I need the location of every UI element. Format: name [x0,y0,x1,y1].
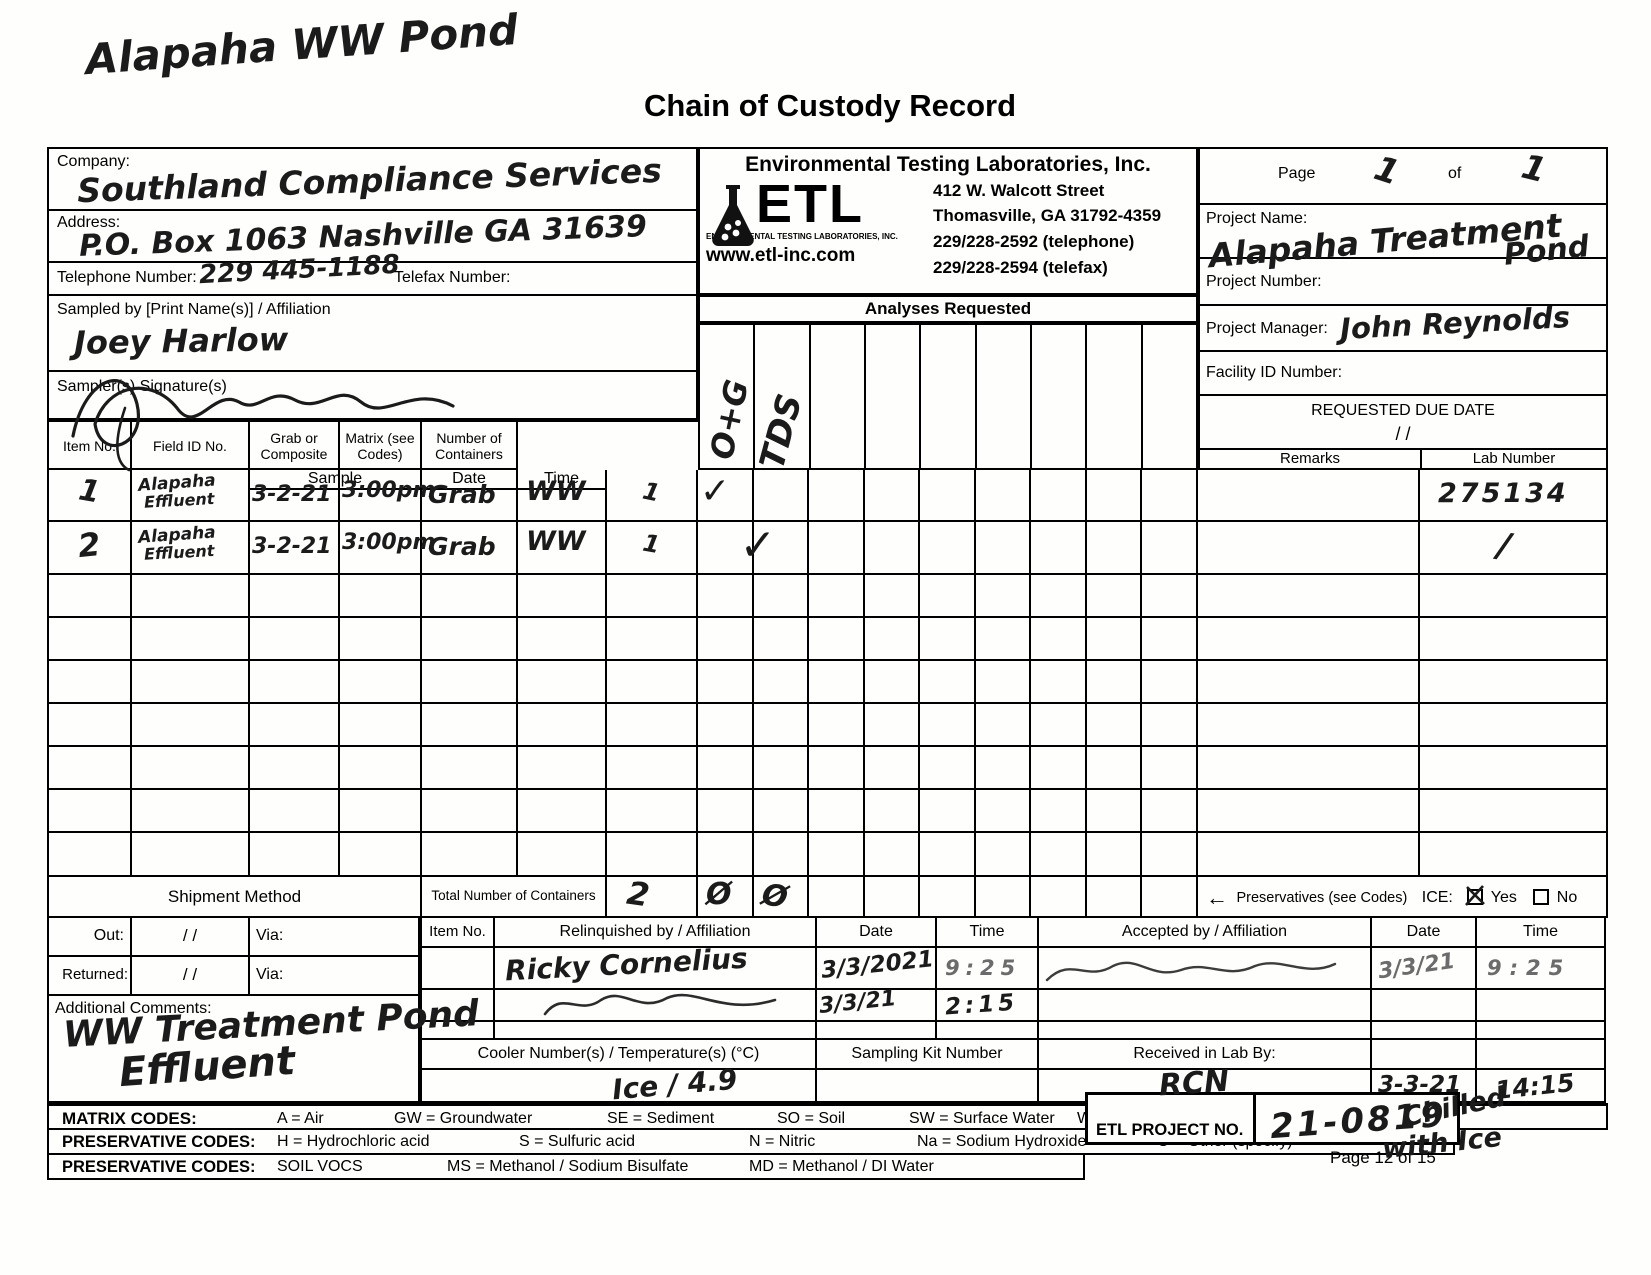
empty-cell [49,833,132,877]
empty-cell [340,790,422,833]
receiving-date-header-cell [1372,1040,1477,1070]
custody-empty-row [420,1022,1608,1040]
empty-cell [754,704,810,747]
empty-cell [1087,790,1143,833]
empty-cell [132,747,250,790]
lab-number-cell: / [1420,522,1608,575]
preservatives-cell: ← Preservatives (see Codes) ICE: Yes No [1198,877,1608,918]
preservative-code-item: N = Nitric [749,1133,815,1151]
empty-cell [250,618,340,661]
empty-cell [1087,704,1143,747]
analysis-cell [809,522,865,575]
cooler-value-cell: Ice / 4.9 [422,1070,817,1103]
telephone-label: Telephone Number: [57,269,197,287]
matrix-cell: WW [518,470,607,522]
custody-date-cell: 3/3/21 [817,990,937,1022]
empty-cell [518,575,607,618]
date-cell: 3-2-21 [250,522,340,575]
empty-cell [250,833,340,877]
facility-id-label: Facility ID Number: [1206,364,1342,382]
empty-cell [132,618,250,661]
empty-cell [132,661,250,704]
preservative-code-item: S = Sulfuric acid [519,1133,635,1151]
empty-cell [1420,747,1608,790]
empty-cell [865,575,921,618]
empty-cell [976,704,1032,747]
empty-cell [1087,833,1143,877]
empty-cell [698,704,754,747]
tds-total-cell: Ø [754,877,810,918]
analysis-total-cell [1142,877,1198,918]
preservative-code-item: Na = Sodium Hydroxide [917,1133,1086,1151]
shipment-method-label: Shipment Method [49,877,422,918]
relinquished-cell [495,990,817,1022]
empty-cell [422,790,518,833]
empty-cell [976,661,1032,704]
empty-cell [1420,661,1608,704]
empty-cell [698,661,754,704]
project-manager-row: Project Manager: John Reynolds [1200,306,1606,352]
custody-row-2: 3/3/21 2:15 [420,990,1608,1022]
empty-cell [49,661,132,704]
relinquished-header: Relinquished by / Affiliation [495,918,817,948]
accepted-signature-scribble [1039,950,1349,990]
remarks-header: Remarks [1200,450,1422,470]
empty-cell [1198,618,1420,661]
grab-cell: Grab [422,470,518,522]
page-value: 1 [1369,148,1404,193]
empty-cell [250,661,340,704]
page-label: Page [1278,165,1315,183]
lab-number-header: Lab Number [1422,450,1606,470]
empty-cell [698,747,754,790]
empty-sample-row [47,747,1608,790]
item-no-header: Item No. [49,422,132,470]
out-date-cell: / / [132,918,250,955]
empty-cell [1031,790,1087,833]
empty-cell [976,747,1032,790]
custody-date2-header: Date [1372,918,1477,948]
empty-cell [607,661,698,704]
grab-cell: Grab [422,522,518,575]
empty-cell [920,704,976,747]
preservative-code-item: MD = Methanol / DI Water [749,1158,934,1176]
date-cell: 3-2-21 [250,470,340,522]
empty-cell [607,704,698,747]
empty-cell [518,790,607,833]
due-date-value: / / [1200,420,1606,445]
custody-header-row: Item No. Relinquished by / Affiliation D… [420,918,1608,948]
empty-cell [250,790,340,833]
empty-cell [976,790,1032,833]
project-manager-label: Project Manager: [1206,320,1328,338]
handwritten-pond-note: Alapaha WW Pond [84,5,520,84]
custody-item-cell [422,948,495,990]
empty-cell [1031,575,1087,618]
company-value: Southland Compliance Services [76,151,662,210]
empty-cell [1031,661,1087,704]
empty-cell [698,618,754,661]
analysis-total-cell [1087,877,1143,918]
empty-cell [1087,575,1143,618]
sample-row-2: 2 Alapaha Effluent 3-2-21 3:00pm Grab WW… [47,522,1608,575]
accepted-time-cell [1477,990,1606,1022]
matrix-code-item: SO = Soil [777,1110,845,1128]
returned-row: Returned: / / Via: [49,957,420,996]
empty-sample-row [47,661,1608,704]
empty-cell [1143,325,1198,470]
empty-cell [977,325,1032,470]
empty-cell [250,575,340,618]
analysis-total-cell [1031,877,1087,918]
empty-cell [607,790,698,833]
analysis-cell [1087,470,1143,522]
out-label: Out: [49,918,132,955]
accepted-cell [1039,990,1372,1022]
empty-cell [495,1022,817,1040]
kit-value-cell [817,1070,1039,1103]
empty-sample-row [47,618,1608,661]
custody-time-header: Time [937,918,1039,948]
out-via-cell: Via: [250,918,420,955]
field-id-cell: Alapaha Effluent [132,522,250,575]
containers-cell: 1 [607,522,698,575]
preservative-code-item: MS = Methanol / Sodium Bisulfate [447,1158,688,1176]
empty-cell [1142,747,1198,790]
due-date-label: REQUESTED DUE DATE [1200,396,1606,420]
empty-cell [809,790,865,833]
empty-cell [865,833,921,877]
company-label: Company: [57,153,130,171]
empty-sample-row [47,704,1608,747]
empty-cell [49,575,132,618]
empty-cell [132,704,250,747]
empty-cell [518,704,607,747]
empty-cell [340,833,422,877]
empty-cell [754,790,810,833]
preservative-code-item: H = Hydrochloric acid [277,1133,430,1151]
empty-cell [132,575,250,618]
page-of-label: of [1448,165,1461,183]
project-name-row: Project Name: Alapaha Treatment Pond [1200,205,1606,259]
empty-cell [1039,1022,1372,1040]
empty-cell [518,618,607,661]
ice-no-checkbox [1533,889,1549,905]
custody-time2-header: Time [1477,918,1606,948]
custody-table: Item No. Relinquished by / Affiliation D… [420,918,1608,1103]
analyses-requested-header: Analyses Requested [698,295,1198,323]
empty-cell [422,833,518,877]
preservative-code-item: SOIL VOCS [277,1158,363,1176]
empty-cell [1142,575,1198,618]
kit-header: Sampling Kit Number [817,1040,1039,1070]
empty-cell [976,575,1032,618]
facility-id-row: Facility ID Number: [1200,352,1606,396]
empty-cell [1420,704,1608,747]
empty-cell [422,575,518,618]
empty-cell [976,618,1032,661]
empty-cell [1031,704,1087,747]
empty-cell [754,833,810,877]
remarks-lab-header: Remarks Lab Number [1200,450,1606,470]
empty-cell [1420,833,1608,877]
empty-cell [754,747,810,790]
empty-cell [250,704,340,747]
empty-cell [809,575,865,618]
analysis-cell [1031,470,1087,522]
empty-cell [1420,618,1608,661]
shipment-block: Out: / / Via: Returned: / / Via: Additio… [47,918,420,1103]
analysis-total-cell [976,877,1032,918]
custody-time-cell: 9:25 [937,948,1039,990]
chain-of-custody-scan: Alapaha WW Pond Chain of Custody Record … [0,0,1651,1275]
preservatives-label: Preservatives (see Codes) [1236,890,1407,906]
empty-cell [1198,790,1420,833]
empty-cell [607,618,698,661]
analysis-cell [1142,470,1198,522]
analysis-cell [865,522,921,575]
company-row: Company: Southland Compliance Services [49,149,696,211]
empty-cell [1198,704,1420,747]
empty-cell [518,747,607,790]
matrix-code-item: GW = Groundwater [394,1110,532,1128]
accepted-header: Accepted by / Affiliation [1039,918,1372,948]
matrix-code-item: A = Air [277,1110,324,1128]
empty-cell [809,661,865,704]
form-title: Chain of Custody Record [480,88,1180,124]
containers-header: Number of Containers [422,422,518,470]
tds-check-cell [754,470,810,522]
empty-cell [422,618,518,661]
empty-cell [698,575,754,618]
project-panel: Page 1 of 1 Project Name: Alapaha Treatm… [1198,147,1608,470]
logo-etl-text: ETL [756,179,921,230]
analysis-total-cell [809,877,865,918]
empty-cell [607,575,698,618]
remarks-cell [1198,522,1420,575]
left-arrow-icon: ← [1198,885,1232,910]
flask-icon [708,181,760,247]
empty-cell [809,704,865,747]
matrix-code-item: SE = Sediment [607,1110,714,1128]
empty-cell [250,747,340,790]
preservative-codes-label: PRESERVATIVE CODES: [62,1158,255,1177]
analysis-cell [1087,522,1143,575]
grab-header: Grab or Composite [250,422,340,470]
empty-cell [1142,661,1198,704]
og-total-cell: Ø [698,877,754,918]
empty-cell [518,833,607,877]
lab-number-cell: 275134 [1420,470,1608,522]
telefax-label: Telefax Number: [394,269,511,287]
empty-cell [809,618,865,661]
empty-cell [1031,833,1087,877]
empty-cell [1142,833,1198,877]
preservative-codes-row-2: PRESERVATIVE CODES: SOIL VOCS MS = Metha… [47,1155,1085,1180]
empty-cell [1142,704,1198,747]
lab-fax: 229/228-2594 (telefax) [933,255,1190,281]
additional-comments-box: Additional Comments: WW Treatment Pond E… [49,996,420,1103]
item-cell: 2 [49,522,132,575]
ice-no-label: No [1554,889,1577,906]
returned-via-cell: Via: [250,957,420,994]
empty-cell [1420,790,1608,833]
empty-cell [49,704,132,747]
returned-date-cell: / / [132,957,250,994]
total-containers-label: Total Number of Containers [422,877,607,918]
due-date-row: REQUESTED DUE DATE / / [1200,396,1606,450]
empty-cell [1031,618,1087,661]
analysis-cell [1031,522,1087,575]
preservative-codes-label: PRESERVATIVE CODES: [62,1133,255,1152]
telephone-row: Telephone Number: 229 445-1188 Telefax N… [49,263,696,296]
matrix-header: Matrix (see Codes) [340,422,422,470]
empty-cell [340,618,422,661]
empty-cell [698,790,754,833]
analysis-cell [1142,522,1198,575]
lab-panel: Environmental Testing Laboratories, Inc.… [698,147,1198,295]
lab-phone: 229/228-2592 (telephone) [933,229,1190,255]
empty-cell [754,618,810,661]
empty-cell [1477,1022,1606,1040]
analysis-cell [976,470,1032,522]
empty-cell [754,575,810,618]
matrix-code-item: SW = Surface Water [909,1110,1055,1128]
cooler-header: Cooler Number(s) / Temperature(s) (°C) [422,1040,817,1070]
ice-yes-checkbox [1467,889,1483,905]
analysis-cell [920,522,976,575]
analysis-cell [920,470,976,522]
sampler-signature-label: Sampler(s) Signature(s) [57,378,227,396]
empty-sample-row [47,790,1608,833]
receiving-header-row: Cooler Number(s) / Temperature(s) (°C) S… [420,1040,1608,1070]
time-cell: 3:00pm [340,470,422,522]
tds-check-cell: ✓ [754,522,810,575]
empty-cell [1087,747,1143,790]
empty-cell [920,833,976,877]
containers-cell: 1 [607,470,698,522]
empty-cell [865,618,921,661]
empty-cell [920,747,976,790]
empty-cell [340,661,422,704]
empty-cell [976,833,1032,877]
accepted-time-cell: 9:25 [1477,948,1606,990]
lab-address-line1: 412 W. Walcott Street [933,179,1190,203]
empty-cell [49,618,132,661]
field-id-cell: Alapaha Effluent [132,470,250,522]
empty-cell [817,1022,937,1040]
empty-cell [607,747,698,790]
custody-date-cell: 3/3/2021 [817,948,937,990]
empty-cell [1142,618,1198,661]
relinquished2-signature-scribble [535,984,785,1022]
empty-cell [1198,833,1420,877]
empty-cell [920,790,976,833]
empty-cell [132,790,250,833]
empty-cell [422,661,518,704]
item-cell: 1 [49,470,132,522]
sample-table-header: Item No. Field ID No. Sample Grab or Com… [47,420,698,470]
empty-cell [1420,575,1608,618]
analysis-cell [976,522,1032,575]
matrix-cell: WW [518,522,607,575]
empty-cell [1142,790,1198,833]
empty-cell [865,747,921,790]
custody-time-cell: 2:15 [937,990,1039,1022]
sampled-by-value: Joey Harlow [74,320,289,362]
empty-cell [809,747,865,790]
page-row: Page 1 of 1 [1200,149,1606,205]
lab-website: www.etl-inc.com [706,245,921,267]
empty-cell [132,833,250,877]
analysis-total-cell [920,877,976,918]
totals-row: Shipment Method Total Number of Containe… [47,877,1608,918]
ice-yes-label: Yes [1488,889,1517,906]
empty-cell [340,575,422,618]
field-id-header: Field ID No. [132,422,250,470]
empty-cell [809,833,865,877]
ice-yes-x-mark [1462,883,1488,909]
og-check-cell: ✓ [698,470,754,522]
empty-cell [1198,575,1420,618]
total-containers-value: 2 [607,877,698,918]
empty-cell [1198,747,1420,790]
empty-sample-row [47,575,1608,618]
lab-address-line2: Thomasville, GA 31792-4359 [933,203,1190,229]
empty-cell [49,747,132,790]
out-row: Out: / / Via: [49,918,420,957]
lab-name: Environmental Testing Laboratories, Inc. [700,149,1196,177]
relinquished-cell: Ricky Cornelius [495,948,817,990]
analysis-cell [865,470,921,522]
empty-cell [754,661,810,704]
empty-cell [607,833,698,877]
empty-cell [920,575,976,618]
remarks-cell [1198,470,1420,522]
empty-cell [1198,661,1420,704]
accepted-cell [1039,948,1372,990]
empty-cell [1087,325,1142,470]
custody-date-header: Date [817,918,937,948]
empty-cell [920,661,976,704]
sampler-signature-row: Sampler(s) Signature(s) [49,372,696,418]
analysis-total-cell [865,877,921,918]
empty-cell [49,790,132,833]
empty-cell [865,661,921,704]
empty-cell [422,704,518,747]
empty-cell [1031,747,1087,790]
empty-cell [1032,325,1087,470]
empty-cell [920,618,976,661]
time-cell: 3:00pm [340,522,422,575]
empty-cell [865,790,921,833]
empty-cell [422,747,518,790]
accepted-date-cell: 3/3/21 [1372,948,1477,990]
page-total: 1 [1518,147,1551,192]
sample-rows: 1 Alapaha Effluent 3-2-21 3:00pm Grab WW… [47,470,1608,877]
empty-sample-row [47,833,1608,877]
receiving-time-header-cell [1477,1040,1606,1070]
empty-cell [340,747,422,790]
empty-cell [865,704,921,747]
empty-cell [1087,618,1143,661]
empty-cell [921,325,976,470]
empty-cell [1087,661,1143,704]
company-panel: Company: Southland Compliance Services A… [47,147,698,420]
matrix-codes-label: MATRIX CODES: [62,1109,197,1129]
custody-row-1: Ricky Cornelius 3/3/2021 9:25 3/3/21 9:2… [420,948,1608,990]
sampled-by-row: Sampled by [Print Name(s)] / Affiliation… [49,296,696,372]
